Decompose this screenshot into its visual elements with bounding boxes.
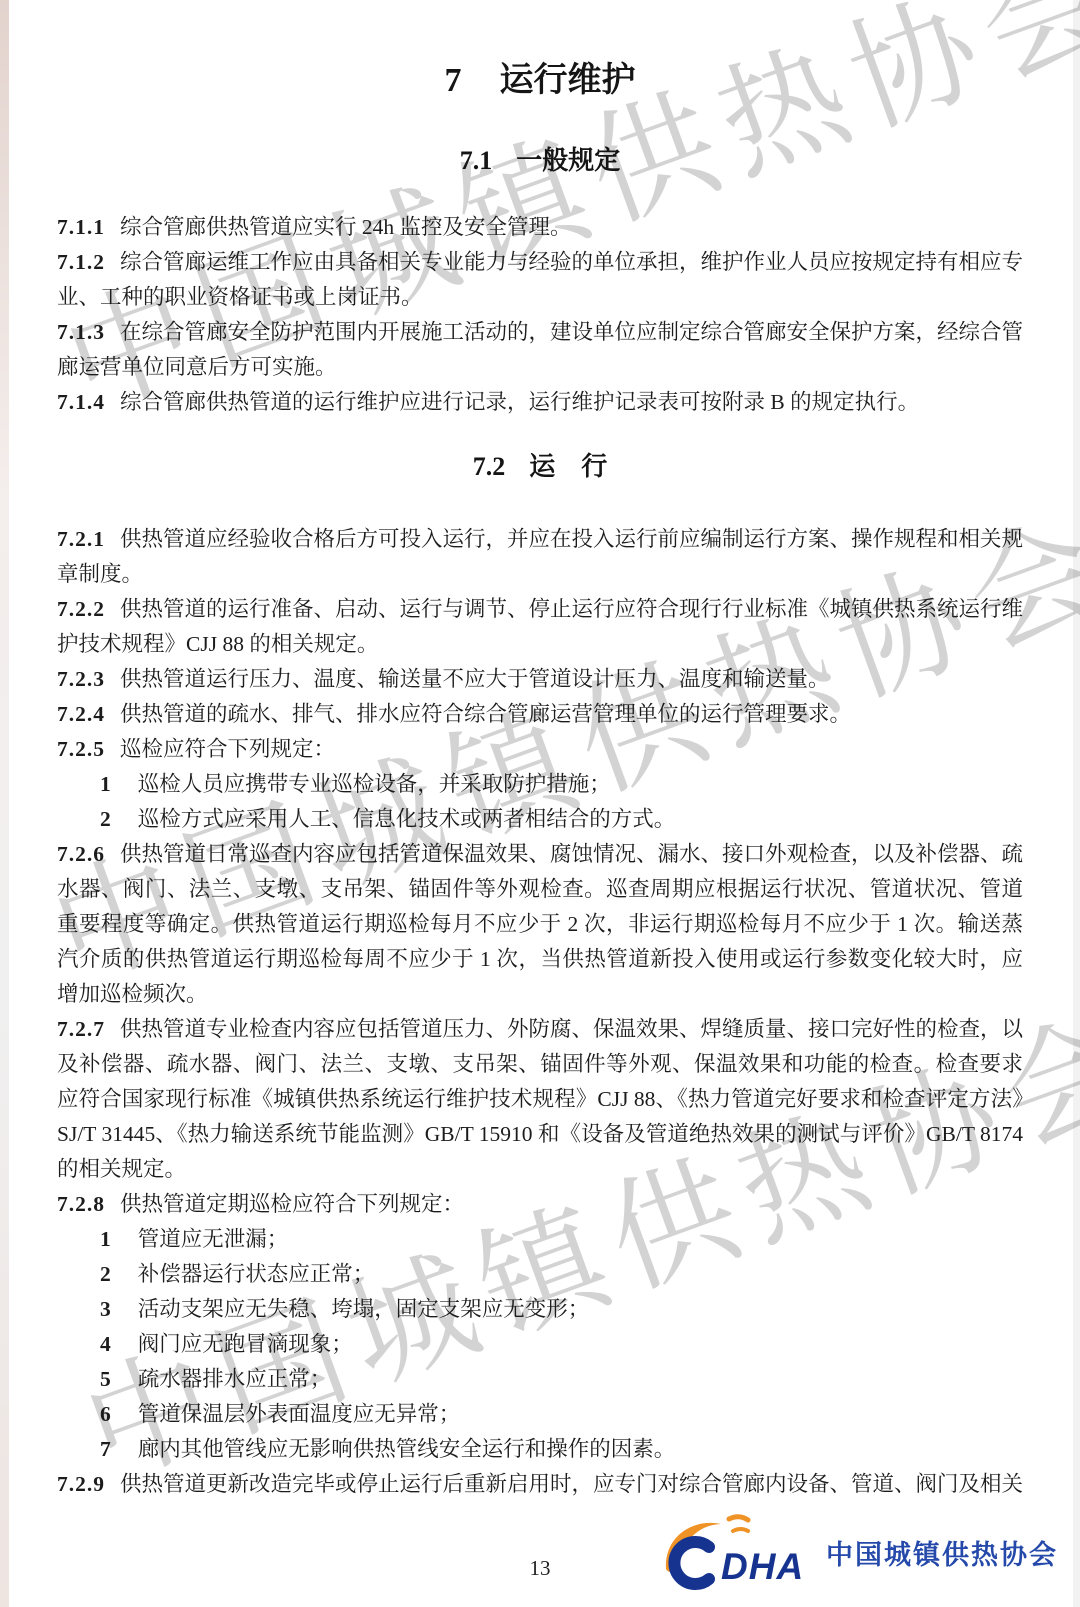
- chapter-heading: 7运行维护: [57, 0, 1023, 102]
- item-text: 廊内其他管线应无影响供热管线安全运行和操作的因素。: [138, 1437, 676, 1461]
- chapter-number: 7: [445, 62, 462, 99]
- list-item-7-2-8-7: 7廊内其他管线应无影响供热管线安全运行和操作的因素。: [57, 1432, 1023, 1467]
- item-text: 活动支架应无失稳、垮塌，固定支架应无变形；: [138, 1297, 590, 1321]
- clause-text: 供热管道运行压力、温度、输送量不应大于管道设计压力、温度和输送量。: [120, 667, 830, 691]
- section-7-1-number: 7.1: [460, 146, 493, 175]
- clause-number: 7.1.4: [57, 390, 105, 414]
- list-item-7-2-8-2: 2补偿器运行状态应正常；: [57, 1257, 1023, 1292]
- logo-spark-line-1: [729, 1517, 748, 1520]
- item-text: 疏水器排水应正常；: [138, 1367, 332, 1391]
- clause-number: 7.2.4: [57, 702, 105, 726]
- clause-number: 7.2.2: [57, 597, 105, 621]
- clause-number: 7.2.9: [57, 1472, 105, 1496]
- list-item-7-2-8-3: 3活动支架应无失稳、垮塌，固定支架应无变形；: [57, 1292, 1023, 1327]
- clause-text: 供热管道的疏水、排气、排水应符合综合管廊运营管理单位的运行管理要求。: [120, 702, 851, 726]
- scan-edge-artifact-right: [1073, 0, 1080, 1607]
- item-number: 2: [100, 1262, 111, 1286]
- clause-7-1-4: 7.1.4综合管廊供热管道的运行维护应进行记录，运行维护记录表可按附录 B 的规…: [57, 385, 1023, 420]
- clause-7-2-9: 7.2.9供热管道更新改造完毕或停止运行后重新启用时，应专门对综合管廊内设备、管…: [57, 1467, 1023, 1502]
- clause-7-2-6: 7.2.6供热管道日常巡查内容应包括管道保温效果、腐蚀情况、漏水、接口外观检查，…: [57, 837, 1023, 1012]
- clause-7-1-1: 7.1.1综合管廊供热管道应实行 24h 监控及安全管理。: [57, 210, 1023, 245]
- clause-text: 供热管道应经验收合格后方可投入运行，并应在投入运行前应编制运行方案、操作规程和相…: [57, 527, 1023, 586]
- clause-text: 综合管廊运维工作应由具备相关专业能力与经验的单位承担，维护作业人员应按规定持有相…: [57, 250, 1023, 309]
- section-7-1-title: 一般规定: [516, 146, 620, 175]
- chapter-title: 运行维护: [500, 62, 636, 99]
- clause-text: 供热管道的运行准备、启动、运行与调节、停止运行应符合现行行业标准《城镇供热系统运…: [57, 597, 1023, 656]
- item-number: 3: [100, 1297, 111, 1321]
- clause-7-1-2: 7.1.2综合管廊运维工作应由具备相关专业能力与经验的单位承担，维护作业人员应按…: [57, 245, 1023, 315]
- clause-text: 在综合管廊安全防护范围内开展施工活动的，建设单位应制定综合管廊安全保护方案，经综…: [57, 320, 1023, 379]
- list-item-7-2-8-5: 5疏水器排水应正常；: [57, 1362, 1023, 1397]
- cdha-logo: DHA 中国城镇供热协会: [653, 1511, 1058, 1593]
- clause-7-2-1: 7.2.1供热管道应经验收合格后方可投入运行，并应在投入运行前应编制运行方案、操…: [57, 522, 1023, 592]
- clause-text: 巡检应符合下列规定：: [120, 737, 335, 761]
- item-text: 巡检方式应采用人工、信息化技术或两者相结合的方式。: [138, 807, 676, 831]
- clause-number: 7.1.3: [57, 320, 105, 344]
- scan-edge-artifact-left: [0, 0, 9, 1607]
- item-text: 巡检人员应携带专业巡检设备，并采取防护措施；: [138, 772, 611, 796]
- clause-7-2-7: 7.2.7供热管道专业检查内容应包括管道压力、外防腐、保温效果、焊缝质量、接口完…: [57, 1012, 1023, 1187]
- clause-7-2-2: 7.2.2供热管道的运行准备、启动、运行与调节、停止运行应符合现行行业标准《城镇…: [57, 592, 1023, 662]
- section-7-2-heading: 7.2运 行: [57, 452, 1023, 482]
- list-item-7-2-5-1: 1巡检人员应携带专业巡检设备，并采取防护措施；: [57, 767, 1023, 802]
- clause-text: 供热管道日常巡查内容应包括管道保温效果、腐蚀情况、漏水、接口外观检查，以及补偿器…: [57, 842, 1023, 1006]
- logo-c-crescent: [674, 1542, 709, 1584]
- logo-acronym: DHA: [721, 1546, 804, 1587]
- clause-number: 7.2.5: [57, 737, 105, 761]
- clause-number: 7.1.2: [57, 250, 105, 274]
- clause-7-2-4: 7.2.4供热管道的疏水、排气、排水应符合综合管廊运营管理单位的运行管理要求。: [57, 697, 1023, 732]
- clause-7-2-5: 7.2.5巡检应符合下列规定：: [57, 732, 1023, 767]
- clause-text: 供热管道定期巡检应符合下列规定：: [120, 1192, 464, 1216]
- section-7-2-number: 7.2: [473, 452, 506, 481]
- clause-text: 综合管廊供热管道的运行维护应进行记录，运行维护记录表可按附录 B 的规定执行。: [120, 390, 919, 414]
- clause-number: 7.2.3: [57, 667, 105, 691]
- clause-7-2-3: 7.2.3供热管道运行压力、温度、输送量不应大于管道设计压力、温度和输送量。: [57, 662, 1023, 697]
- clause-number: 7.2.8: [57, 1192, 105, 1216]
- logo-organization-name: 中国城镇供热协会: [826, 1533, 1058, 1572]
- section-7-1-heading: 7.1一般规定: [57, 146, 1023, 176]
- item-number: 1: [100, 772, 111, 796]
- item-number: 5: [100, 1367, 111, 1391]
- clause-text: 综合管廊供热管道应实行 24h 监控及安全管理。: [120, 215, 572, 239]
- item-number: 7: [100, 1437, 111, 1461]
- item-number: 6: [100, 1402, 111, 1426]
- clause-number: 7.2.6: [57, 842, 105, 866]
- clause-text: 供热管道专业检查内容应包括管道压力、外防腐、保温效果、焊缝质量、接口完好性的检查…: [57, 1017, 1023, 1181]
- page-content: 7运行维护 7.1一般规定 7.1.1综合管廊供热管道应实行 24h 监控及安全…: [0, 0, 1080, 1502]
- clause-7-2-8: 7.2.8供热管道定期巡检应符合下列规定：: [57, 1187, 1023, 1222]
- clause-number: 7.2.7: [57, 1017, 105, 1041]
- clause-number: 7.1.1: [57, 215, 105, 239]
- item-text: 管道应无泄漏；: [138, 1227, 289, 1251]
- cdha-logo-icon: DHA: [653, 1511, 818, 1593]
- document-page: 中国城镇供热协会 中国城镇供热协会 中国城镇供热协会 7运行维护 7.1一般规定…: [0, 0, 1080, 1607]
- list-item-7-2-8-6: 6管道保温层外表面温度应无异常；: [57, 1397, 1023, 1432]
- list-item-7-2-5-2: 2巡检方式应采用人工、信息化技术或两者相结合的方式。: [57, 802, 1023, 837]
- list-item-7-2-8-1: 1管道应无泄漏；: [57, 1222, 1023, 1257]
- clause-number: 7.2.1: [57, 527, 105, 551]
- logo-spark-line-2: [733, 1529, 748, 1531]
- clause-text: 供热管道更新改造完毕或停止运行后重新启用时，应专门对综合管廊内设备、管道、阀门及…: [120, 1472, 1023, 1496]
- section-7-2-title: 运 行: [529, 452, 607, 481]
- item-number: 2: [100, 807, 111, 831]
- item-number: 4: [100, 1332, 111, 1356]
- item-number: 1: [100, 1227, 111, 1251]
- item-text: 阀门应无跑冒滴现象；: [138, 1332, 353, 1356]
- clause-7-1-3: 7.1.3在综合管廊安全防护范围内开展施工活动的，建设单位应制定综合管廊安全保护…: [57, 315, 1023, 385]
- list-item-7-2-8-4: 4阀门应无跑冒滴现象；: [57, 1327, 1023, 1362]
- item-text: 补偿器运行状态应正常；: [138, 1262, 375, 1286]
- item-text: 管道保温层外表面温度应无异常；: [138, 1402, 461, 1426]
